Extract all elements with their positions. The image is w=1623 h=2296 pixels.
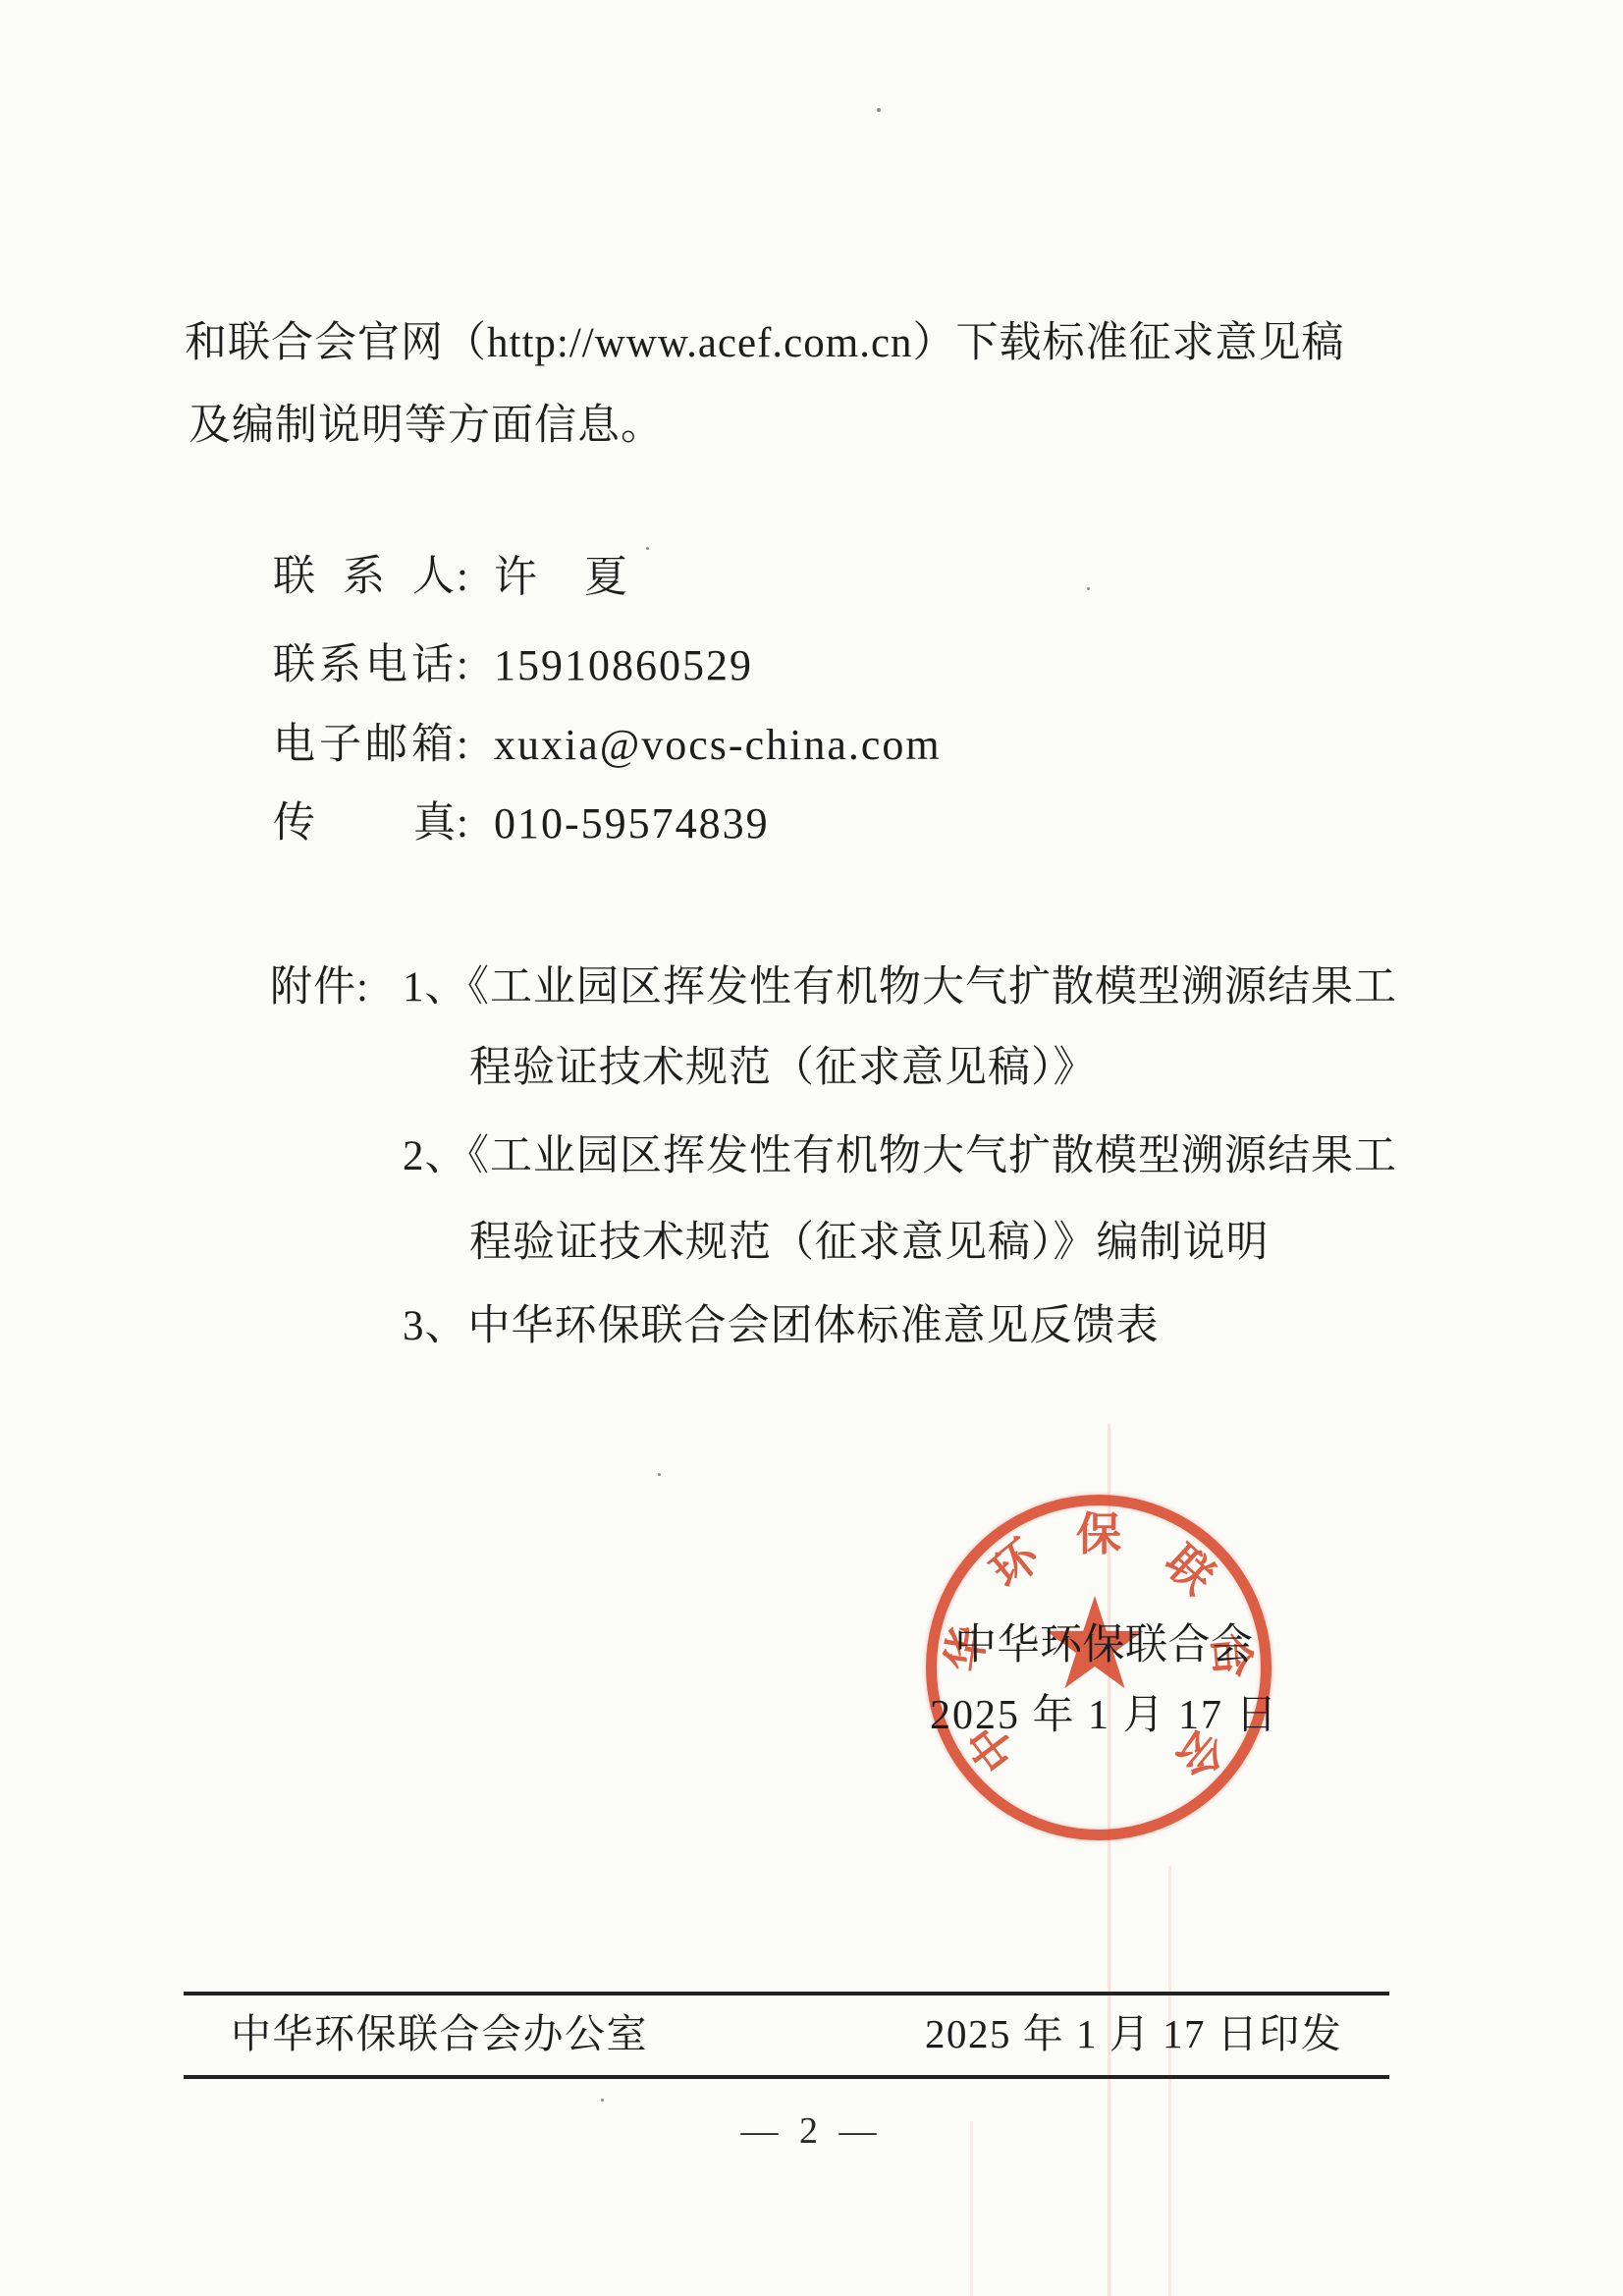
signature-date: 2025 年 1 月 17 日 — [930, 1695, 1279, 1736]
signature-org: 中华环保联合会 — [954, 1624, 1254, 1667]
contact-label: 传真 — [273, 802, 457, 845]
document-page: 和联合会官网（http://www.acef.com.cn）下载标准征求意见稿 … — [0, 0, 1623, 2296]
attachment-line-1: 1、《工业园区挥发性有机物大气扩散模型溯源结果工 — [403, 966, 1397, 1009]
attachment-line-4: 程验证技术规范（征求意见稿）》编制说明 — [469, 1222, 1270, 1264]
footer-rule-bottom — [184, 2075, 1389, 2079]
contact-colon: : — [457, 724, 468, 766]
footer-office: 中华环保联合会办公室 — [231, 2014, 648, 2054]
contact-row-person: 联系人: 许 夏 — [273, 556, 468, 598]
contact-label: 联系电话 — [273, 644, 457, 686]
attachment-line-2: 程验证技术规范（征求意见稿）》 — [469, 1047, 1097, 1089]
scan-speck — [646, 547, 649, 550]
scan-speck — [877, 108, 881, 112]
contact-row-phone: 联系电话: 15910860529 — [273, 644, 468, 686]
scan-speck — [658, 1473, 661, 1476]
contact-value: 许 夏 — [494, 556, 629, 599]
scan-speck — [1087, 587, 1090, 590]
attachments-label: 附件: — [270, 966, 369, 1009]
attachments-colon: : — [356, 964, 369, 1011]
contact-value: 010-59574839 — [494, 802, 770, 846]
contact-value: xuxia@vocs-china.com — [494, 724, 942, 767]
page-number: — 2 — — [0, 2109, 1623, 2153]
scan-streak — [1168, 1866, 1171, 2296]
contact-label: 电子邮箱 — [273, 724, 457, 766]
contact-colon: : — [457, 556, 468, 598]
attachments-label-text: 附件 — [270, 964, 356, 1011]
contact-label: 联系人 — [273, 556, 457, 598]
contact-row-email: 电子邮箱: xuxia@vocs-china.com — [273, 724, 468, 766]
footer-issue-date: 2025 年 1 月 17 日印发 — [925, 2014, 1342, 2054]
paragraph-line-2: 及编制说明等方面信息。 — [189, 405, 664, 447]
contact-colon: : — [457, 802, 468, 845]
contact-colon: : — [457, 644, 468, 686]
seal-ring-char: 保 — [1076, 1512, 1121, 1558]
contact-row-fax: 传真: 010-59574839 — [273, 802, 468, 845]
attachment-line-5: 3、中华环保联合会团体标准意见反馈表 — [403, 1305, 1160, 1347]
contact-value: 15910860529 — [494, 644, 753, 687]
attachment-line-3: 2、《工业园区挥发性有机物大气扩散模型溯源结果工 — [403, 1135, 1397, 1177]
scan-speck — [601, 2099, 604, 2102]
paragraph-line-1: 和联合会官网（http://www.acef.com.cn）下载标准征求意见稿 — [185, 322, 1345, 364]
footer-rule-top — [184, 1992, 1389, 1995]
